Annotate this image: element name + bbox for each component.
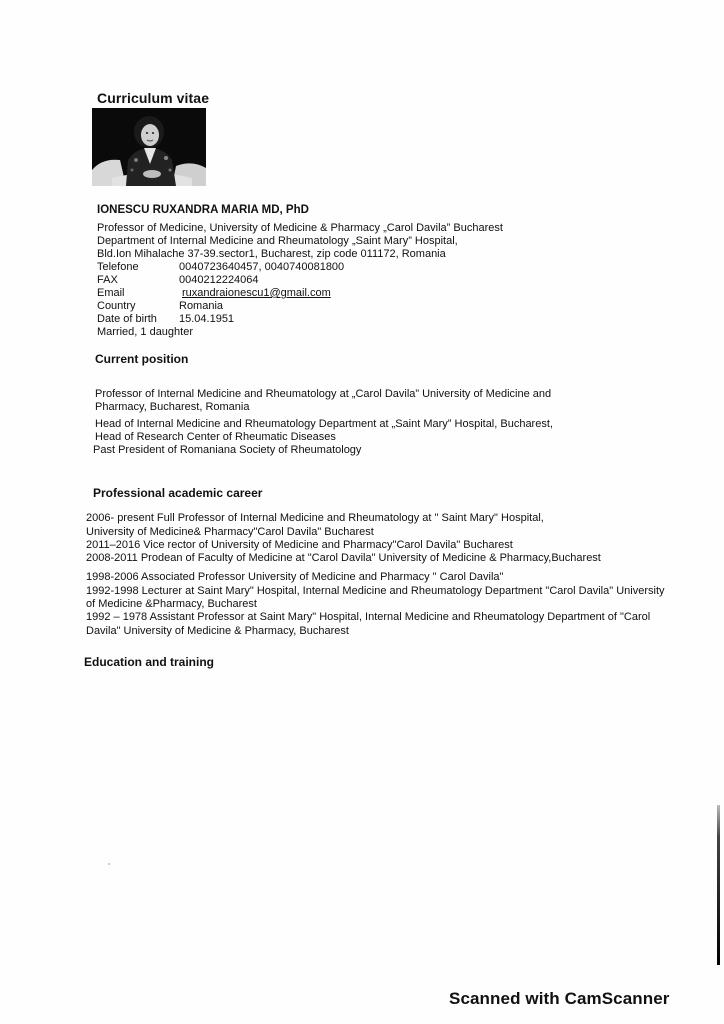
scanned-page: Curriculum vitae IO bbox=[0, 0, 724, 1024]
career-line: 1998-2006 Associated Professor Universit… bbox=[86, 571, 503, 583]
camscanner-watermark: Scanned with CamScanner bbox=[449, 989, 670, 1009]
position-line: Past President of Romaniana Society of R… bbox=[93, 444, 361, 456]
affiliation-line: Professor of Medicine, University of Med… bbox=[97, 222, 503, 234]
address-line: Bld.Ion Mihalache 37-39.sector1, Buchare… bbox=[97, 248, 446, 260]
email-row: Emailruxandraionescu1@gmail.com bbox=[97, 287, 331, 299]
position-line: Head of Research Center of Rheumatic Dis… bbox=[95, 431, 336, 443]
career-line: University of Medicine& Pharmacy"Carol D… bbox=[86, 526, 374, 538]
career-line: Davila" University of Medicine & Pharmac… bbox=[86, 625, 349, 637]
country-value: Romania bbox=[179, 300, 223, 312]
scan-speck bbox=[108, 863, 110, 865]
affiliation-line: Department of Internal Medicine and Rheu… bbox=[97, 235, 458, 247]
marital-status: Married, 1 daughter bbox=[97, 326, 193, 338]
position-line: Pharmacy, Bucharest, Romania bbox=[95, 401, 249, 413]
fax-label: FAX bbox=[97, 274, 179, 286]
fax-value: 0040212224064 bbox=[179, 274, 259, 286]
telefone-row: Telefone0040723640457, 0040740081800 bbox=[97, 261, 344, 273]
scan-edge-shadow bbox=[717, 805, 720, 965]
country-row: CountryRomania bbox=[97, 300, 223, 312]
fax-row: FAX0040212224064 bbox=[97, 274, 259, 286]
career-line: 2006- present Full Professor of Internal… bbox=[86, 512, 544, 524]
dob-label: Date of birth bbox=[97, 313, 179, 325]
position-line: Head of Internal Medicine and Rheumatolo… bbox=[95, 418, 553, 430]
career-line: of Medicine &Pharmacy, Bucharest bbox=[86, 598, 257, 610]
telefone-label: Telefone bbox=[97, 261, 179, 273]
country-label: Country bbox=[97, 300, 179, 312]
document-title: Curriculum vitae bbox=[97, 90, 209, 106]
career-line: 1992-1998 Lecturer at Saint Mary" Hospit… bbox=[86, 585, 665, 597]
dob-row: Date of birth15.04.1951 bbox=[97, 313, 234, 325]
section-heading-current-position: Current position bbox=[95, 352, 188, 366]
career-line: 2011–2016 Vice rector of University of M… bbox=[86, 539, 513, 551]
dob-value: 15.04.1951 bbox=[179, 313, 234, 325]
career-line: 1992 – 1978 Assistant Professor at Saint… bbox=[86, 611, 650, 623]
telefone-value: 0040723640457, 0040740081800 bbox=[179, 261, 344, 273]
section-heading-education: Education and training bbox=[84, 655, 214, 669]
portrait-photo bbox=[92, 108, 206, 186]
person-name: IONESCU RUXANDRA MARIA MD, PhD bbox=[97, 204, 309, 216]
email-link[interactable]: ruxandraionescu1@gmail.com bbox=[182, 287, 331, 299]
section-heading-career: Professional academic career bbox=[93, 486, 262, 500]
email-label: Email bbox=[97, 287, 182, 299]
career-line: 2008-2011 Prodean of Faculty of Medicine… bbox=[86, 552, 601, 564]
position-line: Professor of Internal Medicine and Rheum… bbox=[95, 388, 551, 400]
